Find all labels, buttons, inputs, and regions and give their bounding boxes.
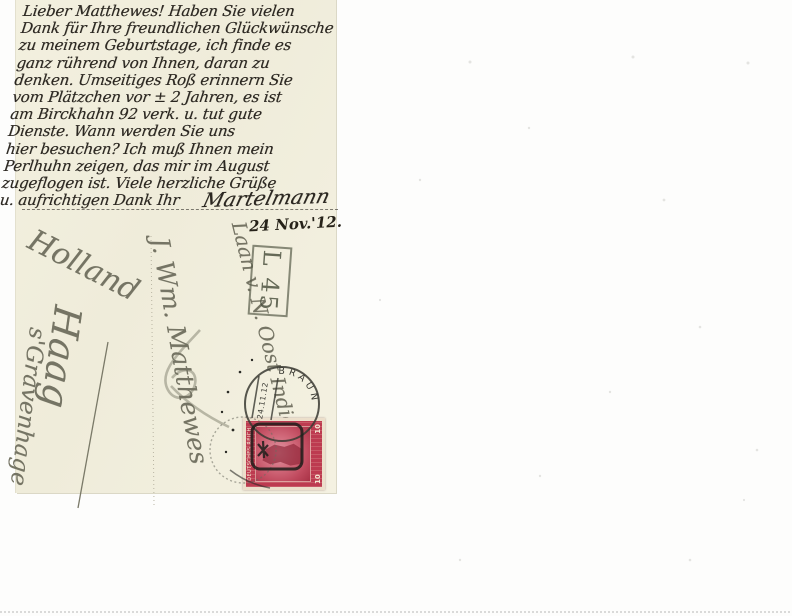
sorting-code-label: L 45	[254, 249, 286, 313]
postcard-scan: Lieber Matthewes! Haben Sie vielen Dank …	[0, 0, 792, 616]
stamp-country-label: DEUTSCHES REICH	[247, 421, 253, 487]
stamp-germania-art	[255, 426, 311, 482]
stamp-frame: DEUTSCHES REICH 10 10	[246, 421, 322, 487]
message-line: Dank für Ihre freundlichen Glückwünsche	[20, 20, 330, 37]
germania-bust	[262, 440, 302, 471]
message-line: Perlhuhn zeigen, das mir im August	[3, 158, 313, 175]
message-line: ganz rührend von Ihnen, daran zu	[16, 55, 326, 72]
sorting-code-box: L 45	[248, 245, 293, 318]
address-recipient: J. Wm. Matthewes	[145, 235, 213, 466]
signature: Martelmann	[200, 184, 332, 212]
stamp-value-left: 10	[314, 474, 322, 484]
message-date: 24 Nov.'12.	[249, 213, 343, 236]
postage-stamp: DEUTSCHES REICH 10 10	[243, 418, 325, 490]
message-block: Lieber Matthewes! Haben Sie vielen Dank …	[0, 3, 332, 209]
dashed-divider-line	[22, 209, 338, 210]
address-country: Holland	[22, 223, 145, 309]
message-line: zu meinem Geburtstage, ich finde es	[18, 37, 328, 54]
dust-speckles	[379, 56, 758, 562]
message-line: vom Plätzchen vor ± 2 Jahren, es ist	[11, 89, 321, 106]
message-line: hier besuchen? Ich muß Ihnen mein	[5, 141, 315, 158]
message-line: denken. Umseitiges Roß erinnern Sie	[13, 72, 323, 89]
message-line: am Birckhahn 92 verk. u. tut gute	[9, 106, 319, 123]
message-line: Lieber Matthewes! Haben Sie vielen	[22, 3, 332, 20]
message-line: Dienste. Wann werden Sie uns	[7, 123, 317, 140]
stamp-face: DEUTSCHES REICH 10 10	[243, 418, 325, 490]
stamp-value-right: 10	[314, 424, 322, 434]
